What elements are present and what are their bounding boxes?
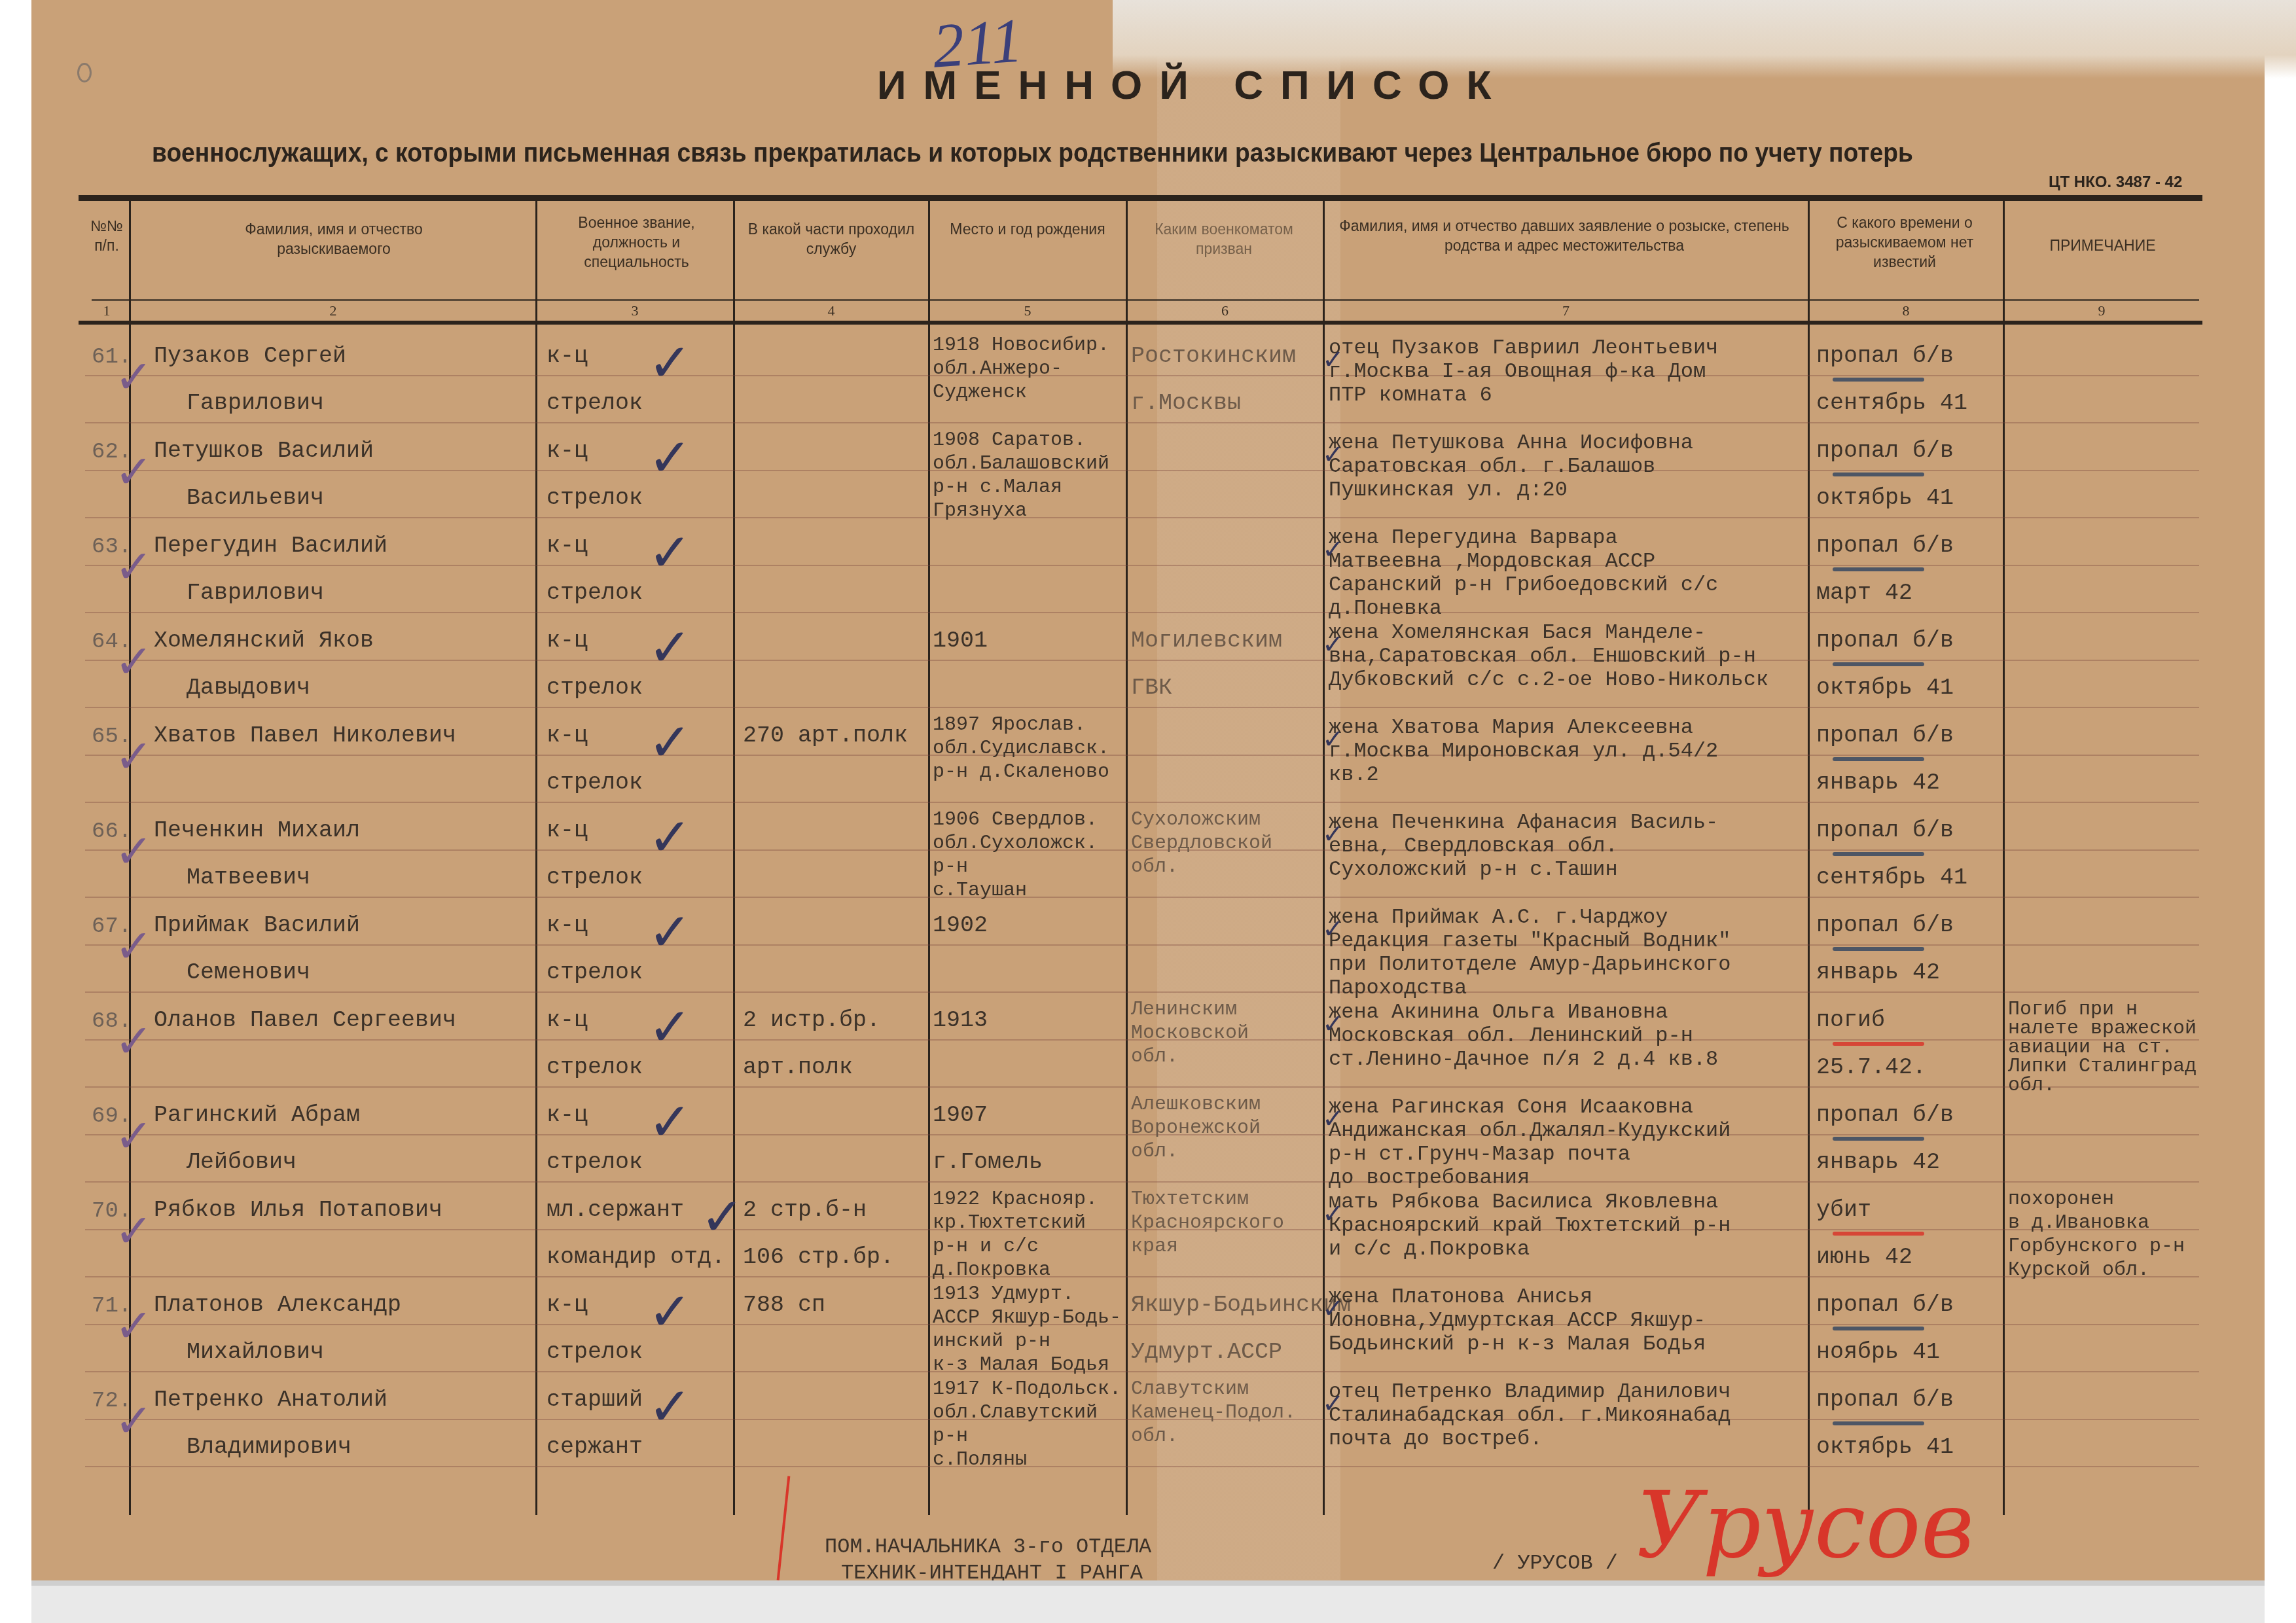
cell-applicant-line: Саранский р-н Грибоедовский с/с	[1329, 573, 1718, 597]
applicant-tick-icon: ✓	[1322, 524, 1344, 576]
cell-since-line: пропал б/в	[1816, 818, 1954, 843]
cell-since-line: пропал б/в	[1816, 1103, 1954, 1128]
cell-applicant-line: Матвеевна ,Мордовская АССР	[1329, 549, 1655, 574]
cell-rank-line: к-ц	[547, 818, 588, 843]
cell-rank-line: к-ц	[547, 913, 588, 938]
cell-applicant-line: жена Перегудина Варвара	[1329, 526, 1618, 550]
cell-since-line: январь 42	[1816, 770, 1940, 795]
ruled-line	[85, 1276, 2199, 1277]
cell-birth-line: 1922 Краснояр.	[933, 1190, 1098, 1209]
cell-birth-line: 1901	[933, 628, 988, 653]
check-mark-icon: ✓	[700, 1191, 744, 1243]
cell-rank-line: к-ц	[547, 438, 588, 463]
cell-name-line: Матвеевич	[187, 865, 310, 890]
applicant-tick-icon: ✓	[1322, 618, 1344, 671]
ruled-line	[85, 470, 2199, 471]
violet-check-icon: ✓	[115, 1109, 153, 1163]
cell-applicant-line: до востребования	[1329, 1166, 1530, 1190]
colnum-2: 2	[131, 302, 535, 319]
cell-rank-line: к-ц	[547, 723, 588, 748]
cell-since-line: октябрь 41	[1816, 486, 1954, 510]
cell-name-line: Гаврилович	[187, 580, 324, 605]
check-mark-icon: ✓	[648, 717, 692, 769]
column-divider	[2003, 200, 2005, 1515]
cell-birth-line: р-н д.Скаленово	[933, 762, 1109, 782]
applicant-tick-icon: ✓	[1322, 1378, 1344, 1430]
red-underline	[1833, 1232, 1924, 1236]
cell-draft-line: Могилевским	[1131, 628, 1282, 653]
colnum-4: 4	[734, 302, 928, 319]
cell-name-line: Платонов Александр	[154, 1293, 401, 1317]
violet-check-icon: ✓	[115, 825, 153, 878]
violet-check-icon: ✓	[115, 730, 153, 783]
violet-check-icon: ✓	[115, 445, 153, 499]
ruled-line	[85, 375, 2199, 376]
ruled-line	[85, 1371, 2199, 1372]
cell-rank-line: стрелок	[547, 486, 643, 510]
violet-check-icon: ✓	[115, 1299, 153, 1353]
cell-name-line: Рябков Илья Потапович	[154, 1198, 442, 1222]
cell-applicant-line: жена Приймак А.С. г.Чарджоу	[1329, 905, 1668, 930]
column-divider	[535, 200, 537, 1515]
cell-note-line: в д.Ивановка	[2008, 1213, 2149, 1233]
header-col-7: Фамилия, имя и отчество давших заявление…	[1335, 216, 1793, 255]
cell-rank-line: стрелок	[547, 391, 643, 416]
cell-birth-line: 1918 Новосибир.	[933, 336, 1109, 355]
violet-check-icon: ✓	[115, 1204, 153, 1258]
violet-check-icon: ✓	[115, 1014, 153, 1068]
cell-applicant-line: и с/с д.Покровка	[1329, 1237, 1530, 1262]
applicant-tick-icon: ✓	[1322, 334, 1344, 386]
check-mark-icon: ✓	[648, 1096, 692, 1149]
check-mark-icon: ✓	[648, 527, 692, 579]
cell-note-line: Погиб при н	[2008, 1000, 2138, 1020]
check-mark-icon: ✓	[648, 1286, 692, 1338]
cell-since-line: пропал б/в	[1816, 913, 1954, 938]
cell-unit-line: 270 арт.полк	[743, 723, 908, 748]
cell-unit-line: 788 сп	[743, 1293, 825, 1317]
cell-birth-line: Судженск	[933, 383, 1027, 402]
cell-birth-line: с.Поляны	[933, 1450, 1027, 1470]
cell-rank-line: стрелок	[547, 960, 643, 985]
cell-applicant-line: отец Пузаков Гавриил Леонтьевич	[1329, 336, 1718, 361]
cell-birth-line: 1913 Удмурт.	[933, 1285, 1074, 1304]
cell-name-line: Лейбович	[187, 1150, 296, 1175]
applicant-tick-icon: ✓	[1322, 808, 1344, 861]
cell-applicant-line: жена Хватова Мария Алексеевна	[1329, 715, 1693, 740]
cell-applicant-line: ст.Ленино-Дачное п/я 2 д.4 кв.8	[1329, 1047, 1718, 1072]
cell-rank-line: стрелок	[547, 580, 643, 605]
cell-applicant-line: мать Рябкова Василиса Яковлевна	[1329, 1190, 1718, 1215]
cell-since-line: пропал б/в	[1816, 723, 1954, 748]
cell-rank-line: стрелок	[547, 675, 643, 700]
cell-applicant-line: г.Москва I-ая Овощная ф-ка Дом	[1329, 359, 1706, 384]
cell-rank-line: к-ц	[547, 1103, 588, 1128]
cell-birth-line: 1913	[933, 1008, 988, 1033]
cell-since-line: октябрь 41	[1816, 1435, 1954, 1459]
cell-since-line: погиб	[1816, 1008, 1885, 1033]
cell-applicant-line: жена Печенкина Афанасия Василь-	[1329, 810, 1718, 835]
cell-applicant-line: жена Рагинская Соня Исааковна	[1329, 1095, 1693, 1120]
cell-applicant-line: Московская обл. Ленинский р-н	[1329, 1024, 1693, 1048]
cell-name-line: Михайлович	[187, 1340, 324, 1364]
cell-rank-line: к-ц	[547, 533, 588, 558]
cell-since-line: убит	[1816, 1198, 1871, 1222]
cell-note-line: налете вражеской	[2008, 1019, 2197, 1039]
cell-since-line: сентябрь 41	[1816, 865, 1967, 890]
cell-unit-line: 2 истр.бр.	[743, 1008, 880, 1033]
column-divider	[1126, 200, 1128, 1515]
check-mark-icon: ✓	[648, 1381, 692, 1433]
cell-birth-line: 1917 К-Подольск.	[933, 1380, 1121, 1399]
ruled-line	[85, 1086, 2199, 1088]
column-divider	[928, 200, 930, 1515]
cell-draft-line: Ростокинским	[1131, 344, 1296, 368]
cell-draft-line: Тюхтетским	[1131, 1190, 1249, 1209]
cell-name-line: Владимирович	[187, 1435, 351, 1459]
blue-underline	[1833, 473, 1924, 476]
cell-birth-line: 1902	[933, 913, 988, 938]
cell-draft-line: обл.	[1131, 1427, 1178, 1446]
header-col-8: С какого времени о разыскиваемом нет изв…	[1816, 213, 1993, 272]
applicant-tick-icon: ✓	[1322, 1093, 1344, 1145]
header-col-3: Военное звание, должность и специальност…	[553, 213, 720, 272]
cell-rank-line: к-ц	[547, 628, 588, 653]
signer-position-line1: ПОМ.НАЧАЛЬНИКА 3-го ОТДЕЛА	[825, 1535, 1151, 1559]
header-col-5: Место и год рождения	[942, 219, 1113, 239]
cell-since-line: пропал б/в	[1816, 1387, 1954, 1412]
cell-draft-line: Каменец-Подол.	[1131, 1403, 1296, 1423]
blue-underline	[1833, 1421, 1924, 1425]
cell-name-line: Перегудин Василий	[154, 533, 387, 558]
colnum-6: 6	[1127, 302, 1323, 319]
header-col-9: ПРИМЕЧАНИЕ	[2013, 236, 2193, 255]
cell-note-line: похоронен	[2008, 1190, 2114, 1209]
cell-unit-line: 2 стр.б-н	[743, 1198, 867, 1222]
check-mark-icon: ✓	[648, 337, 692, 389]
cell-applicant-line: евна, Свердловская обл.	[1329, 834, 1618, 859]
ruled-line	[85, 612, 2199, 613]
cell-birth-line: обл.Сухоложск.	[933, 834, 1098, 853]
blue-underline	[1833, 1327, 1924, 1330]
form-code: ЦТ НКО. 3487 - 42	[2049, 173, 2182, 192]
cell-name-line: Хватов Павел Николевич	[154, 723, 456, 748]
cell-applicant-line: Саратовская обл. г.Балашов	[1329, 454, 1655, 479]
cell-birth-line: обл.Анжеро-	[933, 359, 1062, 379]
ruled-line	[85, 755, 2199, 756]
page-title: ИМЕННОЙ СПИСОК	[877, 62, 1508, 109]
table-top-rule	[79, 195, 2202, 201]
cell-name-line: Петренко Анатолий	[154, 1387, 387, 1412]
blue-underline	[1833, 662, 1924, 666]
cell-birth-line: с.Таушан	[933, 881, 1027, 901]
ruled-line	[85, 565, 2199, 566]
blue-underline	[1833, 378, 1924, 382]
cell-note-line: Липки Сталинград	[2008, 1057, 2197, 1077]
cell-since-line: октябрь 41	[1816, 675, 1954, 700]
cell-birth-line: обл.Судиславск.	[933, 739, 1109, 758]
blue-underline	[1833, 947, 1924, 951]
ruled-line	[85, 1324, 2199, 1325]
cell-unit-line: арт.полк	[743, 1055, 853, 1080]
cell-unit-line: 106 стр.бр.	[743, 1245, 894, 1270]
applicant-tick-icon: ✓	[1322, 1283, 1344, 1335]
cell-name-line: Хомелянский Яков	[154, 628, 374, 653]
cell-applicant-line: г.Москва Мироновская ул. д.54/2	[1329, 739, 1718, 764]
cell-draft-line: Воронежской	[1131, 1118, 1261, 1138]
cell-birth-line: Грязнуха	[933, 501, 1027, 521]
colnum-3: 3	[537, 302, 733, 319]
cell-draft-line: обл.	[1131, 1047, 1178, 1067]
header-bottom-rule	[92, 299, 2199, 301]
colnum-bottom-rule	[79, 321, 2202, 325]
cell-birth-line: инский р-н	[933, 1332, 1050, 1351]
cell-birth-line: р-н с.Малая	[933, 478, 1062, 497]
cell-draft-line: Московской	[1131, 1024, 1249, 1043]
cell-applicant-line: Ионовна,Удмуртская АССР Якшур-	[1329, 1308, 1706, 1333]
check-mark-icon: ✓	[648, 622, 692, 674]
cell-birth-line: г.Гомель	[933, 1150, 1043, 1175]
cell-draft-line: ГВК	[1131, 675, 1172, 700]
signer-name: / УРУСОВ /	[1492, 1551, 1618, 1575]
cell-applicant-line: отец Петренко Владимир Данилович	[1329, 1380, 1731, 1404]
cell-applicant-line: вна,Саратовская обл. Еншовский р-н	[1329, 644, 1756, 669]
cell-since-line: март 42	[1816, 580, 1912, 605]
cell-draft-line: Алешковским	[1131, 1095, 1261, 1115]
cell-birth-line: 1897 Ярослав.	[933, 715, 1086, 735]
ruled-line	[85, 1466, 2199, 1467]
cell-birth-line: 1907	[933, 1103, 988, 1128]
ruled-line	[85, 1181, 2199, 1183]
cell-applicant-line: жена Акинина Ольга Ивановна	[1329, 1000, 1668, 1025]
cell-birth-line: АССР Якшур-Бодь-	[933, 1308, 1121, 1328]
cell-since-line: сентябрь 41	[1816, 391, 1967, 416]
cell-note-line: обл.	[2008, 1076, 2055, 1096]
scan-bottom-edge	[31, 1580, 2265, 1623]
cell-birth-line: к-з Малая Бодья	[933, 1355, 1109, 1375]
binding-hole	[77, 63, 92, 82]
cell-note-line: авиации на ст.	[2008, 1038, 2173, 1058]
cell-applicant-line: Пароходства	[1329, 976, 1467, 1001]
cell-name-line: Оланов Павел Сергеевич	[154, 1008, 456, 1033]
cell-applicant-line: Андижанская обл.Джалял-Кудукский	[1329, 1118, 1731, 1143]
cell-name-line: Гаврилович	[187, 391, 324, 416]
cell-rank-line: стрелок	[547, 1055, 643, 1080]
cell-birth-line: обл.Балашовский	[933, 454, 1109, 474]
ruled-line	[85, 944, 2199, 946]
cell-applicant-line: жена Хомелянская Бася Манделе-	[1329, 620, 1706, 645]
cell-applicant-line: д.Поневка	[1329, 596, 1442, 621]
cell-name-line: Рагинский Абрам	[154, 1103, 360, 1128]
cell-applicant-line: Дубковский с/с с.2-ое Ново-Никольск	[1329, 668, 1768, 692]
cell-birth-line: обл.Славутский	[933, 1403, 1098, 1423]
header-col-4: В какой части проходил службу	[743, 219, 920, 259]
ruled-line	[85, 517, 2199, 518]
cell-draft-line: края	[1131, 1237, 1178, 1257]
cell-applicant-line: Пушкинская ул. д:20	[1329, 478, 1568, 503]
check-mark-icon: ✓	[648, 811, 692, 864]
cell-draft-line: Ленинским	[1131, 1000, 1237, 1020]
cell-since-line: ноябрь 41	[1816, 1340, 1940, 1364]
cell-rank-line: сержант	[547, 1435, 643, 1459]
check-mark-icon: ✓	[648, 1001, 692, 1054]
cell-rank-line: к-ц	[547, 1293, 588, 1317]
applicant-tick-icon: ✓	[1322, 903, 1344, 955]
cell-applicant-line: Бодьинский р-н к-з Малая Бодья	[1329, 1332, 1706, 1357]
column-divider	[1808, 200, 1810, 1515]
column-divider	[733, 200, 735, 1515]
cell-draft-line: г.Москвы	[1131, 391, 1241, 416]
blue-underline	[1833, 852, 1924, 856]
blue-underline	[1833, 1137, 1924, 1141]
cell-rank-line: к-ц	[547, 344, 588, 368]
cell-draft-line: Свердловской	[1131, 834, 1272, 853]
cell-birth-line: 1906 Свердлов.	[933, 810, 1098, 830]
cell-applicant-line: при Политотделе Амур-Дарьинского	[1329, 952, 1731, 977]
cell-rank-line: командир отд.	[547, 1245, 725, 1270]
cell-applicant-line: ПТР комната 6	[1329, 383, 1492, 408]
cell-applicant-line: кв.2	[1329, 762, 1379, 787]
cell-rank-line: стрелок	[547, 865, 643, 890]
violet-check-icon: ✓	[115, 540, 153, 594]
cell-name-line: Давыдович	[187, 675, 310, 700]
applicant-tick-icon: ✓	[1322, 713, 1344, 766]
cell-name-line: Пузаков Сергей	[154, 344, 346, 368]
cell-since-line: пропал б/в	[1816, 344, 1954, 368]
cell-birth-line: р-н	[933, 1427, 968, 1446]
cell-since-line: пропал б/в	[1816, 628, 1954, 653]
cell-since-line: пропал б/в	[1816, 1293, 1954, 1317]
cell-applicant-line: Сухоложский р-н с.Ташин	[1329, 857, 1618, 882]
cell-note-line: Курской обл.	[2008, 1260, 2149, 1280]
cell-draft-line: Сухоложским	[1131, 810, 1261, 830]
cell-name-line: Приймак Василий	[154, 913, 360, 938]
cell-applicant-line: жена Петушкова Анна Иосифовна	[1329, 431, 1693, 455]
cell-applicant-line: Сталинабадская обл. г.Микоянабад	[1329, 1403, 1731, 1428]
cell-birth-line: кр.Тюхтетский	[933, 1213, 1086, 1233]
ruled-line	[85, 660, 2199, 661]
header-col-2: Фамилия, имя и отчество разыскиваемого	[196, 219, 471, 259]
check-mark-icon: ✓	[648, 906, 692, 959]
colnum-7: 7	[1324, 302, 1808, 319]
cell-name-line: Васильевич	[187, 486, 324, 510]
colnum-5: 5	[929, 302, 1126, 319]
cell-since-line: пропал б/в	[1816, 438, 1954, 463]
ruled-line	[85, 422, 2199, 423]
header-col-1: №№ п/п.	[85, 216, 128, 255]
cell-draft-line: обл.	[1131, 857, 1178, 877]
cell-note-line: Горбунского р-н	[2008, 1237, 2185, 1257]
cell-applicant-line: жена Платонова Анисья	[1329, 1285, 1592, 1310]
cell-rank-line: стрелок	[547, 770, 643, 795]
cell-applicant-line: Красноярский край Тюхтетский р-н	[1329, 1213, 1731, 1238]
ruled-line	[85, 991, 2199, 993]
cell-birth-line: д.Покровка	[933, 1260, 1050, 1280]
colnum-9: 9	[2004, 302, 2199, 319]
cell-rank-line: стрелок	[547, 1340, 643, 1364]
cell-draft-line: Удмурт.АССР	[1131, 1340, 1282, 1364]
cell-birth-line: 1908 Саратов.	[933, 431, 1086, 450]
cell-draft-line: обл.	[1131, 1142, 1178, 1162]
cell-birth-line: р-н	[933, 857, 968, 877]
applicant-tick-icon: ✓	[1322, 1188, 1344, 1240]
ruled-line	[85, 802, 2199, 803]
cell-applicant-line: р-н ст.Грунч-Мазар почта	[1329, 1142, 1630, 1167]
cell-draft-line: Якшур-Бодьинским	[1131, 1293, 1351, 1317]
header-col-6: Каким военкоматом призван	[1136, 219, 1312, 259]
ruled-line	[85, 707, 2199, 708]
cell-since-line: 25.7.42.	[1816, 1055, 1926, 1080]
colnum-8: 8	[1809, 302, 2003, 319]
cell-name-line: Петушков Василий	[154, 438, 374, 463]
violet-check-icon: ✓	[115, 635, 153, 688]
check-mark-icon: ✓	[648, 432, 692, 484]
cell-rank-line: к-ц	[547, 1008, 588, 1033]
ruled-line	[85, 897, 2199, 898]
cell-birth-line: р-н и с/с	[933, 1237, 1039, 1257]
colnum-1: 1	[85, 302, 128, 319]
cell-draft-line: Славутским	[1131, 1380, 1249, 1399]
violet-check-icon: ✓	[115, 1394, 153, 1448]
blue-underline	[1833, 757, 1924, 761]
signature: Урусов	[1636, 1472, 1974, 1579]
violet-check-icon: ✓	[115, 350, 153, 404]
cell-since-line: январь 42	[1816, 1150, 1940, 1175]
cell-since-line: июнь 42	[1816, 1245, 1912, 1270]
violet-check-icon: ✓	[115, 919, 153, 973]
applicant-tick-icon: ✓	[1322, 998, 1344, 1050]
cell-applicant-line: Редакция газеты "Красный Водник"	[1329, 929, 1731, 954]
cell-rank-line: мл.сержант	[547, 1198, 684, 1222]
cell-name-line: Печенкин Михаил	[154, 818, 360, 843]
cell-applicant-line: почта до востреб.	[1329, 1427, 1542, 1452]
cell-since-line: январь 42	[1816, 960, 1940, 985]
red-underline	[1833, 1042, 1924, 1046]
applicant-tick-icon: ✓	[1322, 429, 1344, 481]
blue-underline	[1833, 567, 1924, 571]
cell-name-line: Семенович	[187, 960, 310, 985]
cell-rank-line: старший	[547, 1387, 643, 1412]
cell-draft-line: Красноярского	[1131, 1213, 1284, 1233]
cell-rank-line: стрелок	[547, 1150, 643, 1175]
cell-since-line: пропал б/в	[1816, 533, 1954, 558]
page-subtitle: военнослужащих, с которыми письменная св…	[152, 139, 1913, 168]
